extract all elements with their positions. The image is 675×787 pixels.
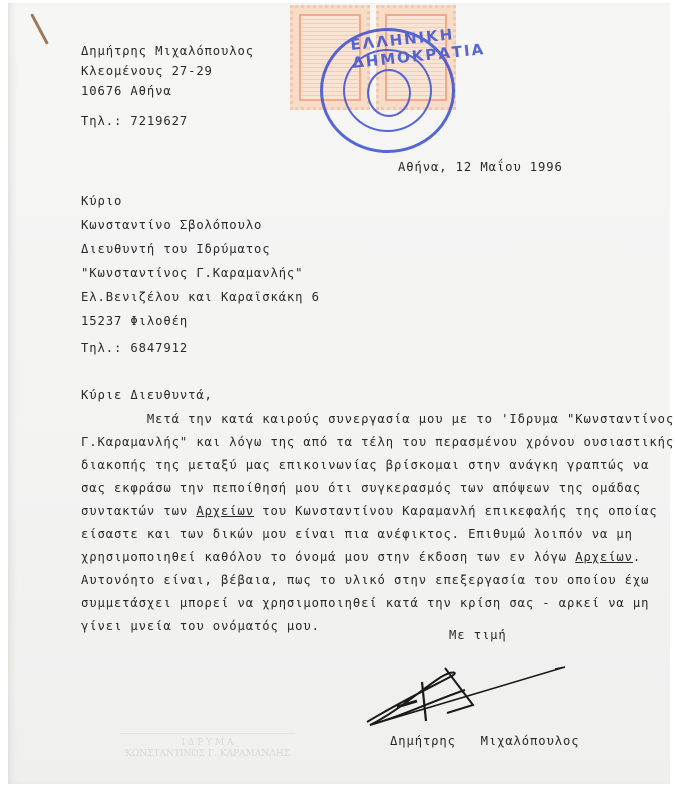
body-line: σας εκφράσω την πεποίθησή μου ότι συγκερ… <box>81 481 641 495</box>
signature-mark <box>355 655 575 730</box>
watermark-line: Ι Δ Ρ Υ Μ Α <box>120 738 295 749</box>
body-text: συμμετάσχει μπορεί να χρησιμοποιηθεί κατ… <box>81 596 649 610</box>
body-line: χρησιμοποιηθεί καθόλου το όνομά μου στην… <box>81 550 641 564</box>
sender-street: Κλεομένους 27-29 <box>81 64 213 78</box>
recipient-name: Κωνσταντίνο Σβολόπουλο <box>81 218 262 232</box>
body-text: . <box>633 550 641 564</box>
underlined-term: Αρχείων <box>575 550 633 564</box>
body-line: είσαστε και των δικών μου είναι πια ανέφ… <box>81 527 633 541</box>
body-text: συντακτών των <box>81 504 196 518</box>
official-seal: ΕΛΛΗΝΙΚΗ ΔΗΜΟΚΡΑΤΙΑ <box>320 28 455 153</box>
recipient-street: Ελ.Βενιζέλου και Καραϊσκάκη 6 <box>81 290 320 304</box>
signature-name: Δημήτρης Μιχαλόπουλος <box>390 734 579 748</box>
body-text: Γ.Καραμανλής" και λόγω της από τα τέλη τ… <box>81 435 674 449</box>
underlined-term: Αρχείων <box>196 504 254 518</box>
body-line: Μετά την κατά καιρούς συνεργασία μου με … <box>81 412 674 426</box>
body-text: Αυτονόητο είναι, βέβαια, πως το υλικό στ… <box>81 573 649 587</box>
recipient-phone: Τηλ.: 6847912 <box>81 341 188 355</box>
body-text: του Κωνσταντίνου Καραμανλή επικεφαλής τη… <box>254 504 658 518</box>
greeting: Κύριε Διευθυντά, <box>81 388 213 402</box>
faint-watermark: Ι Δ Ρ Υ Μ Α ΚΩΝΣΤΑΝΤΙΝΟΣ Γ. ΚΑΡΑΜΑΝΛΗΣ <box>120 733 295 786</box>
body-line: Γ.Καραμανλής" και λόγω της από τα τέλη τ… <box>81 435 674 449</box>
body-line: Αυτονόητο είναι, βέβαια, πως το υλικό στ… <box>81 573 649 587</box>
body-text: είσαστε και των δικών μου είναι πια ανέφ… <box>81 527 633 541</box>
closing: Με τιμή <box>449 628 507 642</box>
sender-phone: Τηλ.: 7219627 <box>81 114 188 128</box>
recipient-city: 15237 Φιλοθέη <box>81 314 188 328</box>
body-text: διακοπής της μεταξύ μας επικοινωνίας βρί… <box>81 458 649 472</box>
body-text: Μετά την κατά καιρούς συνεργασία μου με … <box>81 412 674 426</box>
letter-date: Αθήνα, 12 Μαΐου 1996 <box>398 160 563 174</box>
sender-city: 10676 Αθήνα <box>81 84 172 98</box>
recipient-institution: "Κωνσταντίνος Γ.Καραμανλής" <box>81 266 303 280</box>
body-line: διακοπής της μεταξύ μας επικοινωνίας βρί… <box>81 458 649 472</box>
body-line: συντακτών των Αρχείων του Κωνσταντίνου Κ… <box>81 504 658 518</box>
body-text: χρησιμοποιηθεί καθόλου το όνομά μου στην… <box>81 550 575 564</box>
watermark-line: ΚΩΝΣΤΑΝΤΙΝΟΣ Γ. ΚΑΡΑΜΑΝΛΗΣ <box>120 749 295 760</box>
recipient-salutation: Κύριο <box>81 194 122 208</box>
body-line: γίνει μνεία του ονόματός μου. <box>81 619 320 633</box>
body-line: συμμετάσχει μπορεί να χρησιμοποιηθεί κατ… <box>81 596 649 610</box>
body-text: σας εκφράσω την πεποίθησή μου ότι συγκερ… <box>81 481 641 495</box>
coat-of-arms-icon <box>367 69 411 117</box>
recipient-title: Διευθυντή του Ιδρύματος <box>81 242 270 256</box>
sender-name: Δημήτρης Μιχαλόπουλος <box>81 44 254 58</box>
body-text: γίνει μνεία του ονόματός μου. <box>81 619 320 633</box>
